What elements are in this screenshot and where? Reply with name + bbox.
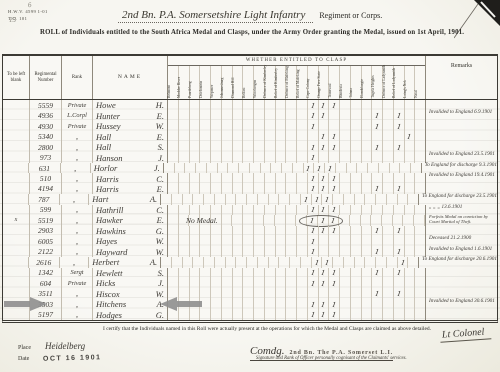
clasp-cell xyxy=(265,152,276,162)
clasp-cell xyxy=(243,215,254,225)
clasp-cell xyxy=(265,205,276,215)
clasp-cell xyxy=(362,268,373,278)
remark-line: To England for discharge 23.5.1901 xyxy=(422,194,497,199)
clasp-cells: 111 xyxy=(164,163,422,173)
clasp-cell xyxy=(200,236,211,246)
clasp-cell xyxy=(254,100,265,110)
clasp-cell xyxy=(405,247,416,257)
clasp-cell: 1 xyxy=(308,236,319,246)
clasp-cell xyxy=(179,309,190,319)
clasp-cell xyxy=(254,247,265,257)
clasp-cell xyxy=(329,247,340,257)
clasp-cell xyxy=(254,288,265,298)
clasp-cell xyxy=(297,110,308,120)
clasp-column-label: Transvaal xyxy=(328,83,332,98)
clasp-cell xyxy=(200,131,211,141)
clasp-cell xyxy=(411,163,421,173)
clasp-cell xyxy=(179,121,190,131)
clasp-cell xyxy=(196,163,207,173)
clasp-cell xyxy=(372,309,383,319)
clasp-cell xyxy=(190,152,201,162)
clasp-cell xyxy=(405,226,416,236)
clasp-cell: 1 xyxy=(319,205,330,215)
rank-cell: , xyxy=(62,205,93,215)
clasp-cell xyxy=(168,184,179,194)
clasp-cell xyxy=(228,163,239,173)
clasp-entitlement-mark: 1 xyxy=(332,268,337,277)
clasp-cell xyxy=(362,100,373,110)
clasp-cell: 1 xyxy=(322,194,333,204)
clasp-cell xyxy=(243,299,254,309)
clasp-cell xyxy=(161,257,172,267)
clasp-cell xyxy=(415,110,425,120)
clasp-cell xyxy=(265,110,276,120)
name-cell: HawkerE. xyxy=(93,215,168,225)
clasp-cell xyxy=(168,268,179,278)
surname: Horlor xyxy=(91,163,118,173)
clasp-cell xyxy=(340,142,351,152)
clasp-cell xyxy=(200,205,211,215)
surname: Hitchens xyxy=(93,299,126,309)
clasp-cell xyxy=(190,131,201,141)
roll-title: ROLL of Individuals entitled to the Sout… xyxy=(40,29,464,36)
clasp-cell xyxy=(286,247,297,257)
rank-cell: , xyxy=(62,173,93,183)
clasp-cell xyxy=(372,299,383,309)
clasp-cell: 1 xyxy=(322,257,333,267)
clasp-cell xyxy=(405,121,416,131)
clasp-cell xyxy=(200,278,211,288)
initial: H. xyxy=(156,100,167,110)
clasp-cell xyxy=(297,142,308,152)
clasp-cell xyxy=(226,257,237,267)
clasp-cell xyxy=(265,309,276,319)
clasp-cell xyxy=(269,257,280,267)
pencil-note-top: 6 xyxy=(27,1,32,9)
clasp-cell xyxy=(362,236,373,246)
clasp-cell xyxy=(394,278,405,288)
surname: Hall xyxy=(93,142,111,152)
regimental-number-cell: 631 xyxy=(29,163,60,173)
clasp-entitlement-mark: 1 xyxy=(310,142,315,151)
clasp-cell xyxy=(357,163,368,173)
clasp-cell: 1 xyxy=(372,142,383,152)
clasp-entitlement-mark: 1 xyxy=(321,142,326,151)
clasp-cell xyxy=(340,247,351,257)
clasp-cell xyxy=(383,142,394,152)
medal-roll-table: To be left blankRegimental NumberRankNAM… xyxy=(2,54,498,323)
table-header: To be left blankRegimental NumberRankNAM… xyxy=(3,56,497,100)
regimental-number-cell: 973 xyxy=(30,152,62,162)
roll-row: 599,HathrillC.111„ „ „ 13.6.1901 xyxy=(3,205,497,215)
clasp-cell xyxy=(211,142,222,152)
surname: Hayes xyxy=(93,236,117,246)
rank-cell: , xyxy=(62,131,93,141)
clasp-cell xyxy=(168,236,179,246)
clasp-cell xyxy=(286,309,297,319)
unit-name-handwritten: 2nd Bn. P.A. Somersetshire Light Infantr… xyxy=(118,9,313,23)
blank-cell xyxy=(3,194,29,204)
clasp-cell: 1 xyxy=(372,247,383,257)
clasp-cell xyxy=(355,257,366,267)
clasp-cell xyxy=(351,205,362,215)
clasp-cell xyxy=(190,121,201,131)
clasp-cell xyxy=(286,278,297,288)
clasp-cell xyxy=(362,121,373,131)
clasp-entitlement-mark: 1 xyxy=(396,289,401,298)
rank-cell: , xyxy=(62,247,93,257)
clasp-cell: 1 xyxy=(304,163,315,173)
clasp-cell xyxy=(258,257,269,267)
clasp-cell: 1 xyxy=(325,163,336,173)
roll-row: 2616,HerbertA.111To England for discharg… xyxy=(3,257,497,267)
clasp-cell xyxy=(179,131,190,141)
clasp-cell xyxy=(222,205,233,215)
clasp-cell xyxy=(269,194,280,204)
clasp-cell xyxy=(233,152,244,162)
remarks-cell: Invalided to England 6.9.1901 xyxy=(426,110,497,120)
clasp-cell xyxy=(383,288,394,298)
no-medal-annotation: No Medal. xyxy=(186,216,218,225)
clasp-cell xyxy=(394,100,405,110)
clasp-cell xyxy=(415,268,425,278)
initial: A. xyxy=(150,194,160,204)
clasp-cells: 111 xyxy=(168,121,426,131)
clasp-entitlement-mark: 1 xyxy=(310,205,315,214)
clasp-cell xyxy=(387,194,398,204)
clasp-cell: 1 xyxy=(329,131,340,141)
clasp-cell xyxy=(408,257,418,267)
clasp-entitlement-mark: 1 xyxy=(375,268,380,277)
rank-cell: Private xyxy=(62,278,93,288)
clasp-cell xyxy=(247,257,258,267)
clasp-cell xyxy=(183,194,194,204)
clasp-cell xyxy=(276,184,287,194)
clasp-column-label: Paardeberg xyxy=(188,81,192,98)
clasp-cell xyxy=(222,309,233,319)
clasp-cell xyxy=(383,236,394,246)
clasp-cell xyxy=(405,100,416,110)
clasp-cell xyxy=(340,278,351,288)
clasp-entitlement-mark: 1 xyxy=(317,163,322,172)
clasp-cell xyxy=(351,309,362,319)
clasp-cell xyxy=(351,247,362,257)
blank-cell xyxy=(3,247,30,257)
clasp-cell xyxy=(179,278,190,288)
clasp-band-title: WHETHER ENTITLED TO CLASP xyxy=(168,56,425,66)
clasp-cell xyxy=(415,100,425,110)
rank-cell: , xyxy=(62,142,93,152)
clasp-cell xyxy=(333,194,344,204)
clasp-cell xyxy=(286,121,297,131)
blank-cell xyxy=(3,236,30,246)
clasp-cell xyxy=(383,299,394,309)
clasp-column-label: Driefontein xyxy=(199,81,203,98)
clasp-cell xyxy=(254,268,265,278)
date-stamp: OCT 16 1901 xyxy=(43,354,102,363)
clasp-cell xyxy=(329,121,340,131)
clasp-cells: 11111 xyxy=(168,184,426,194)
rank-cell: Private xyxy=(62,121,93,131)
clasp-column-label: Tugela Heights xyxy=(371,75,375,98)
clasp-cell xyxy=(179,100,190,110)
clasp-cell xyxy=(293,163,304,173)
regimental-number-cell: 4936 xyxy=(30,110,62,120)
regimental-number-cell: 599 xyxy=(30,205,62,215)
clasp-cell xyxy=(393,215,404,225)
clasp-cell: 1 xyxy=(308,278,319,288)
clasp-cell xyxy=(190,278,201,288)
clasp-entitlement-mark: 1 xyxy=(314,195,319,204)
clasp-cell xyxy=(190,205,201,215)
regimental-number-cell: 4930 xyxy=(30,121,62,131)
clasp-cell: 1 xyxy=(398,257,409,267)
clasp-cells: 111 xyxy=(168,299,426,309)
name-cell: HusseyW. xyxy=(93,121,168,131)
clasp-cell xyxy=(405,278,416,288)
clasp-cell xyxy=(319,288,330,298)
clasp-cell: 1 xyxy=(308,226,319,236)
clasp-cell xyxy=(179,236,190,246)
clasp-cell xyxy=(351,142,362,152)
blank-cell xyxy=(3,309,30,319)
clasp-cells: 1111 xyxy=(168,110,426,120)
unit-title: 2nd Bn. P.A. Somersetshire Light Infantr… xyxy=(118,5,382,23)
clasp-entitlement-mark: 1 xyxy=(303,195,308,204)
clasp-cell xyxy=(179,226,190,236)
medal-roll-document: 6 15 H.W.V. 4599 1-01 T.O. 101 2nd Bn. P… xyxy=(0,0,500,372)
clasp-entitlement-mark: 1 xyxy=(375,226,380,235)
clasp-cell xyxy=(319,152,330,162)
clasp-cell xyxy=(297,236,308,246)
clasp-cell xyxy=(233,110,244,120)
clasp-cell xyxy=(340,121,351,131)
clasp-cell xyxy=(340,152,351,162)
clasp-entitlement-mark: 1 xyxy=(321,184,326,193)
clasp-cell xyxy=(179,205,190,215)
clasp-cell xyxy=(340,110,351,120)
clasp-cell xyxy=(190,247,201,257)
clasp-entitlement-mark: 1 xyxy=(321,174,326,183)
clasp-cell xyxy=(243,268,254,278)
clasp-cell xyxy=(319,247,330,257)
surname: Hodges xyxy=(93,310,122,320)
clasp-cell xyxy=(394,131,405,141)
surname: Hanson xyxy=(93,153,122,163)
surname: Hicks xyxy=(93,278,115,288)
clasp-cell xyxy=(372,100,383,110)
clasp-cell xyxy=(243,226,254,236)
clasp-cell xyxy=(204,194,215,204)
clasp-cell xyxy=(243,110,254,120)
clasp-cell: 1 xyxy=(372,121,383,131)
clasp-cell: 1 xyxy=(308,121,319,131)
surname: Herbert xyxy=(89,257,119,267)
signature-caption: Signature and Rank of Officer personally… xyxy=(256,356,407,361)
regimental-number-cell: 787 xyxy=(29,194,60,204)
clasp-cell xyxy=(265,247,276,257)
name-cell: HorlorJ. xyxy=(91,163,164,173)
clasp-cell xyxy=(405,288,416,298)
blank-cell: x xyxy=(3,215,30,225)
clasp-cell: 1 xyxy=(394,142,405,152)
clasp-entitlement-mark: 1 xyxy=(396,111,401,120)
clasp-cell xyxy=(319,236,330,246)
clasp-cell: 1 xyxy=(329,173,340,183)
initial: E. xyxy=(157,132,167,142)
clasp-cell xyxy=(276,247,287,257)
clasp-cell xyxy=(372,278,383,288)
column-header: NAME xyxy=(93,56,168,99)
clasp-entitlement-mark: 1 xyxy=(310,226,315,235)
clasp-cell xyxy=(211,288,222,298)
clasp-cell xyxy=(243,205,254,215)
clasp-cell xyxy=(265,278,276,288)
clasp-cell xyxy=(233,121,244,131)
clasp-cell xyxy=(276,142,287,152)
remark-line: Invalided to England 6.9.1901 xyxy=(429,110,497,115)
clasp-cell xyxy=(276,236,287,246)
blank-cell xyxy=(3,205,30,215)
clasp-entitlement-mark: 1 xyxy=(310,111,315,120)
blank-cell xyxy=(3,226,30,236)
clasp-cell xyxy=(232,215,243,225)
clasp-cell xyxy=(168,110,179,120)
clasp-cell xyxy=(405,205,416,215)
clasp-cell xyxy=(211,131,222,141)
clasp-entitlement-mark: 1 xyxy=(306,163,311,172)
clasp-cell xyxy=(276,309,287,319)
surname: Hunter xyxy=(93,111,120,121)
remark-line: To England for discharge 9.3.1901 xyxy=(425,163,497,168)
clasp-cell xyxy=(362,299,373,309)
clasp-cell xyxy=(222,110,233,120)
clasp-entitlement-mark: 1 xyxy=(325,258,330,267)
clasp-cell: 1 xyxy=(308,142,319,152)
clasp-cell xyxy=(362,278,373,288)
name-cell: HayesW. xyxy=(93,236,168,246)
clasp-cell: 1 xyxy=(329,278,340,288)
roll-row: 6005,HayesW.1Deceased 21.2.1900 xyxy=(3,236,497,246)
clasp-entitlement-mark: 1 xyxy=(321,278,326,287)
surname: Howe xyxy=(93,100,116,110)
clasp-cell xyxy=(215,257,226,267)
clasp-cell xyxy=(243,131,254,141)
clasp-cell xyxy=(387,257,398,267)
clasp-cell xyxy=(254,278,265,288)
clasp-entitlement-mark: 1 xyxy=(332,205,337,214)
clasp-cell xyxy=(351,288,362,298)
regimental-number-cell: 510 xyxy=(30,173,62,183)
clasp-cell xyxy=(168,205,179,215)
clasp-cell xyxy=(254,236,265,246)
clasp-cell xyxy=(297,299,308,309)
clasp-cell xyxy=(211,299,222,309)
initial: W. xyxy=(156,236,167,246)
clasp-cell xyxy=(286,205,297,215)
clasp-cell xyxy=(415,205,425,215)
clasp-cell xyxy=(297,152,308,162)
clasp-entitlement-mark: 1 xyxy=(310,174,315,183)
clasp-cell xyxy=(179,152,190,162)
roll-row: 4930PrivateHusseyW.111 xyxy=(3,121,497,131)
surname: Hewlett xyxy=(93,268,122,278)
clasp-cell xyxy=(179,184,190,194)
clasp-cell xyxy=(276,226,287,236)
clasp-column-label: Belmont xyxy=(167,85,171,98)
clasp-cell xyxy=(265,236,276,246)
clasp-cells: 111 xyxy=(168,278,426,288)
clasp-cell xyxy=(258,194,269,204)
clasp-cell xyxy=(243,142,254,152)
clasp-cell xyxy=(372,236,383,246)
clasp-cell xyxy=(233,236,244,246)
initial: J. xyxy=(154,163,163,173)
rank-cell: , xyxy=(62,309,93,319)
clasp-cell xyxy=(200,268,211,278)
roll-row: 631,HorlorJ.111To England for discharge … xyxy=(3,163,497,173)
clasp-cell xyxy=(211,205,222,215)
rank-cell: , xyxy=(61,163,91,173)
clasp-cell xyxy=(376,257,387,267)
clasp-cell xyxy=(344,194,355,204)
clasp-cell xyxy=(222,142,233,152)
roll-row: 510,HarrisC.111Invalided to England 19.4… xyxy=(3,173,497,183)
clasp-header-group: WHETHER ENTITLED TO CLASPBelmontModder R… xyxy=(168,56,426,99)
clasp-cell xyxy=(211,236,222,246)
regimental-number-cell: 5197 xyxy=(30,309,62,319)
clasp-cell xyxy=(243,152,254,162)
clasp-cell xyxy=(383,226,394,236)
clasp-entitlement-mark: 1 xyxy=(310,268,315,277)
initial: J. xyxy=(158,153,167,163)
clasp-cell xyxy=(383,110,394,120)
clasp-entitlement-mark: 1 xyxy=(310,278,315,287)
clasp-cell xyxy=(233,299,244,309)
clasp-cell xyxy=(286,226,297,236)
clasp-cell xyxy=(276,278,287,288)
clasp-cell xyxy=(236,257,247,267)
clasp-column-label: Johannesburg xyxy=(221,78,225,98)
rank-cell: Private xyxy=(62,100,93,110)
clasp-column-label: Belfast xyxy=(242,87,246,98)
clasp-cell xyxy=(279,257,290,267)
roll-row: 973,HansonJ.1Invalided to England 23.5.1… xyxy=(3,152,497,162)
clasp-cells: 111 xyxy=(168,131,426,141)
clasp-column-label: Defence of Mafeking xyxy=(285,66,289,98)
clasp-cell xyxy=(329,152,340,162)
clasp-cell xyxy=(351,121,362,131)
clasp-cell xyxy=(233,288,244,298)
clasp-cell xyxy=(190,184,201,194)
clasp-cells: 11111 xyxy=(168,268,426,278)
clasp-cell xyxy=(222,226,233,236)
clasp-cell xyxy=(297,268,308,278)
surname: Hawker xyxy=(93,215,123,225)
name-cell: HansonJ. xyxy=(93,152,168,162)
clasp-entitlement-mark: 1 xyxy=(321,132,326,141)
clasp-entitlement-mark: 1 xyxy=(321,111,326,120)
initial: S. xyxy=(158,268,167,278)
date-row: DateOCT 16 1901 xyxy=(18,355,102,362)
clasp-cell xyxy=(383,205,394,215)
clasp-cell xyxy=(265,299,276,309)
clasp-entitlement-mark: 1 xyxy=(310,100,315,109)
clasp-entitlement-mark: 1 xyxy=(396,184,401,193)
clasp-column-label: Elandslaagte xyxy=(360,79,364,98)
clasp-cell xyxy=(394,173,405,183)
clasp-entitlement-mark: 1 xyxy=(332,100,337,109)
